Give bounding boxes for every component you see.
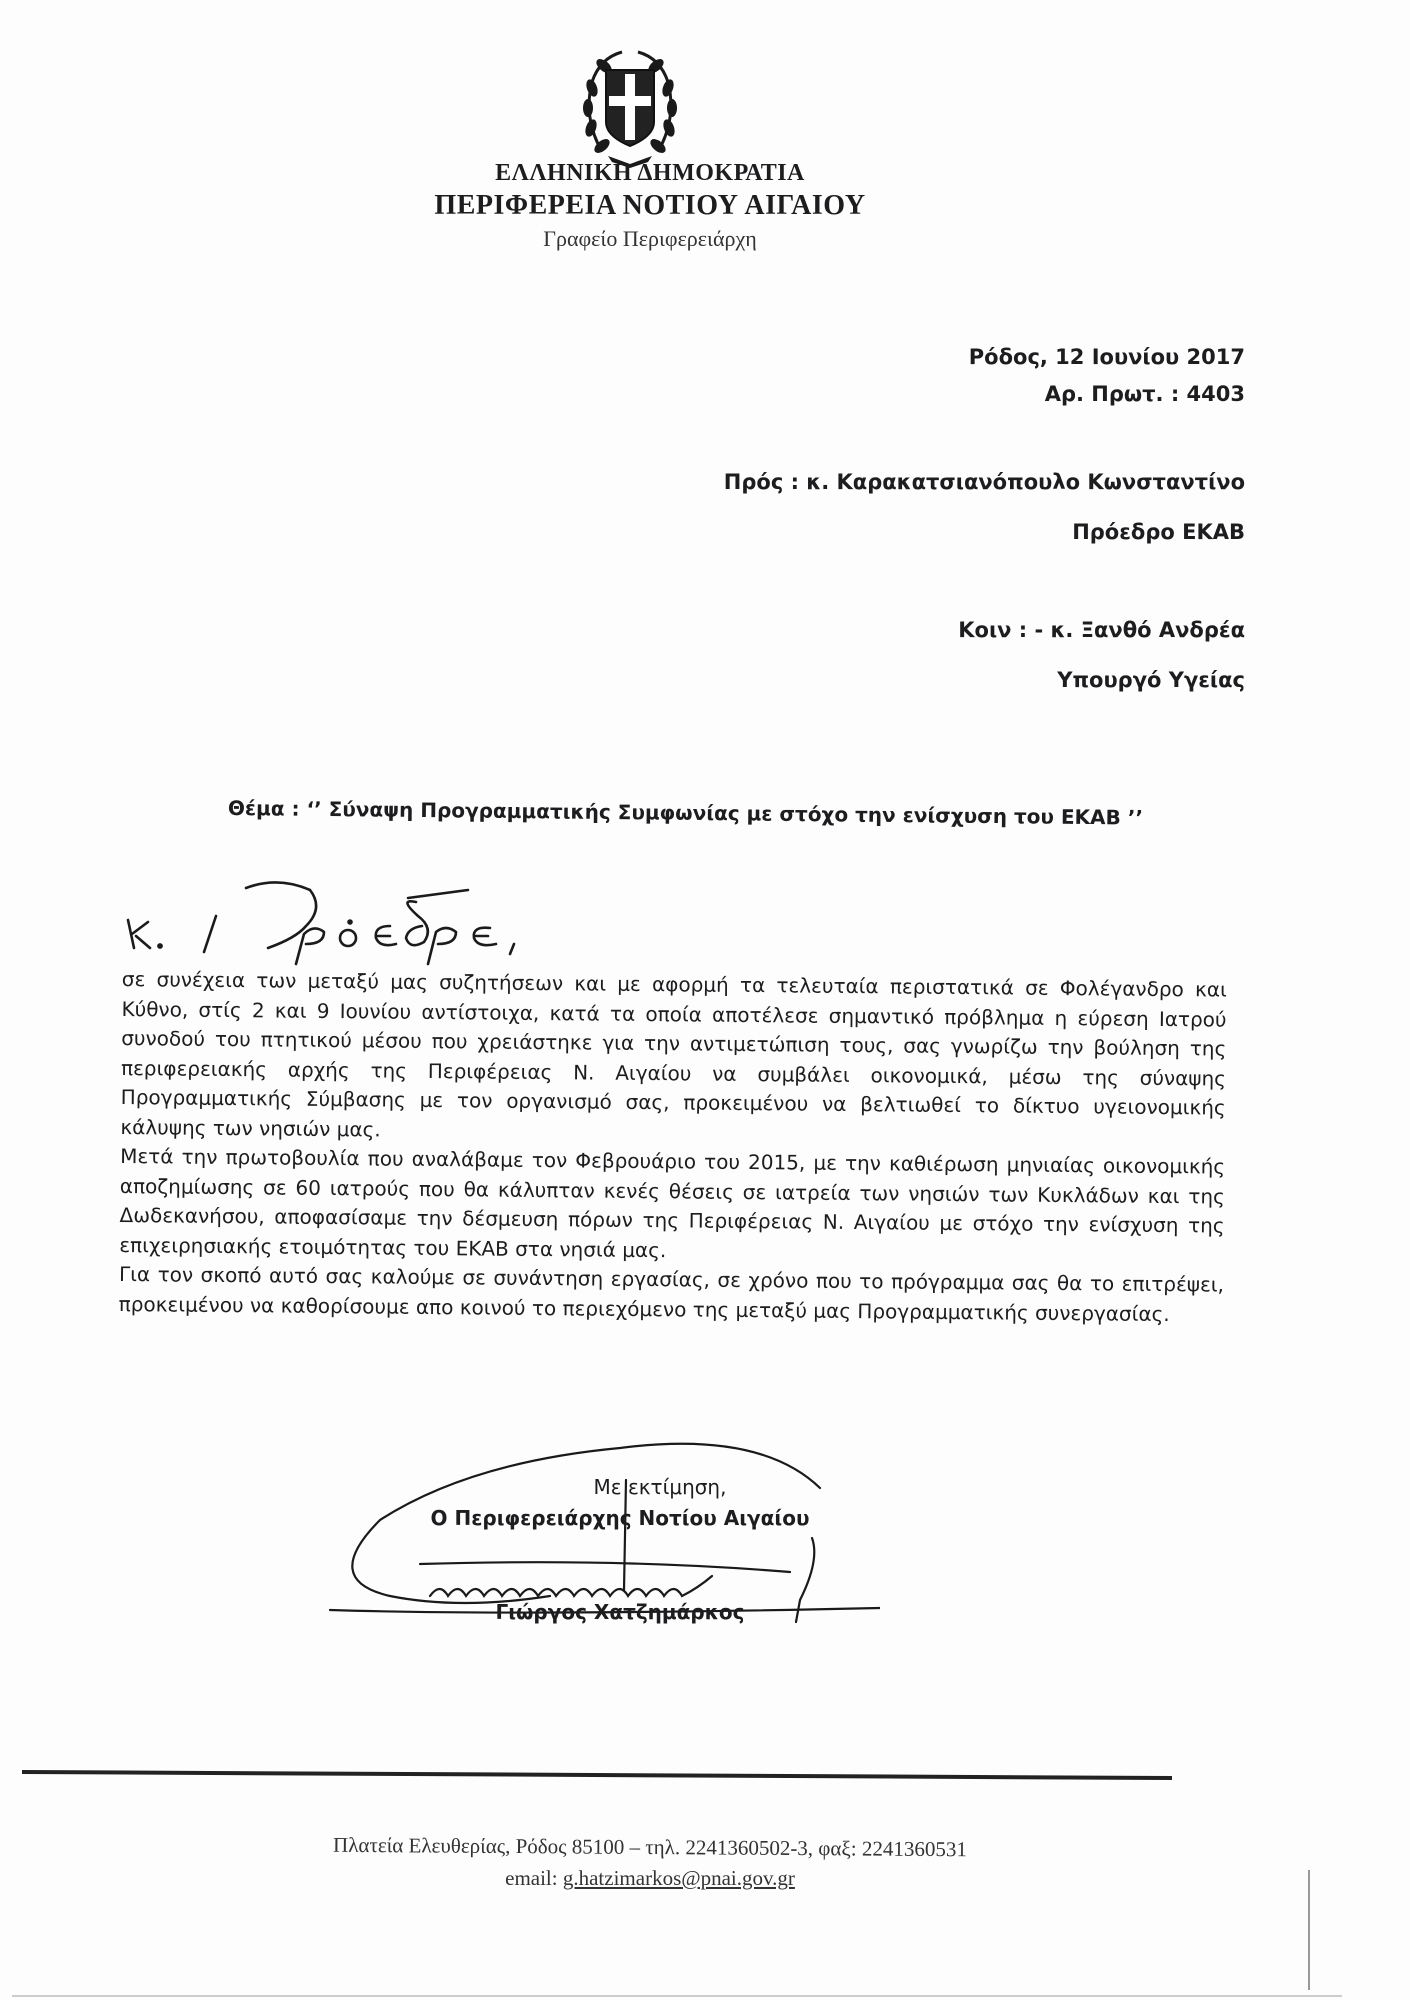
body-paragraph: Μετά την πρωτοβουλία που αναλάβαμε τον Φ… xyxy=(119,1142,1225,1271)
greek-coat-of-arms-icon xyxy=(578,44,682,170)
handwritten-salutation: κ. Πρόεδρε, xyxy=(118,868,678,968)
signatory-role: Ο Περιφερειάρχης Νοτίου Αιγαίου xyxy=(360,1506,880,1530)
place-date: Ρόδος, 12 Ιουνίου 2017 xyxy=(969,345,1245,369)
signature-closing: Με εκτίμηση, xyxy=(360,1475,920,1499)
recipient: Πρός : κ. Καρακατσιανόπουλο Κωνσταντίνο xyxy=(724,470,1245,494)
protocol-number: Αρ. Πρωτ. : 4403 xyxy=(1045,382,1245,406)
body-paragraph: σε συνέχεια των μεταξύ μας συζητήσεων κα… xyxy=(120,965,1227,1153)
footer-address: Πλατεία Ελευθερίας, Ρόδος 85100 – τηλ. 2… xyxy=(0,1830,1300,1864)
subject-line: Θέμα : ‘’ Σύναψη Προγραμματικής Συμφωνία… xyxy=(228,796,1143,830)
letterhead-country: ΕΛΛΗΝΙΚΗ ΔΗΜΟΚΡΑΤΙΑ xyxy=(0,160,1300,187)
footer-email-line: email: g.hatzimarkos@pnai.gov.gr xyxy=(0,1866,1300,1891)
footer-divider xyxy=(22,1770,1172,1780)
cc-recipient: Κοιν : - κ. Ξανθό Ανδρέα xyxy=(958,618,1245,642)
signatory-name: Γιώργος Χατζημάρκος xyxy=(360,1600,880,1624)
letterhead-office: Γραφείο Περιφερειάρχη xyxy=(0,226,1300,252)
cc-recipient-title: Υπουργό Υγείας xyxy=(1057,668,1245,692)
scan-bottom-edge xyxy=(12,1995,1342,1997)
letterhead-region: ΠΕΡΙΦΕΡΕΙΑ ΝΟΤΙΟΥ ΑΙΓΑΙΟΥ xyxy=(0,190,1300,222)
body-paragraph: Για τον σκοπό αυτό σας καλούμε σε συνάντ… xyxy=(119,1260,1225,1330)
recipient-title: Πρόεδρο ΕΚΑΒ xyxy=(1072,520,1245,544)
letter-body: σε συνέχεια των μεταξύ μας συζητήσεων κα… xyxy=(119,965,1227,1330)
email-label: email: xyxy=(505,1866,557,1890)
email-link[interactable]: g.hatzimarkos@pnai.gov.gr xyxy=(563,1866,795,1890)
scan-edge-mark xyxy=(1308,1870,1310,1990)
